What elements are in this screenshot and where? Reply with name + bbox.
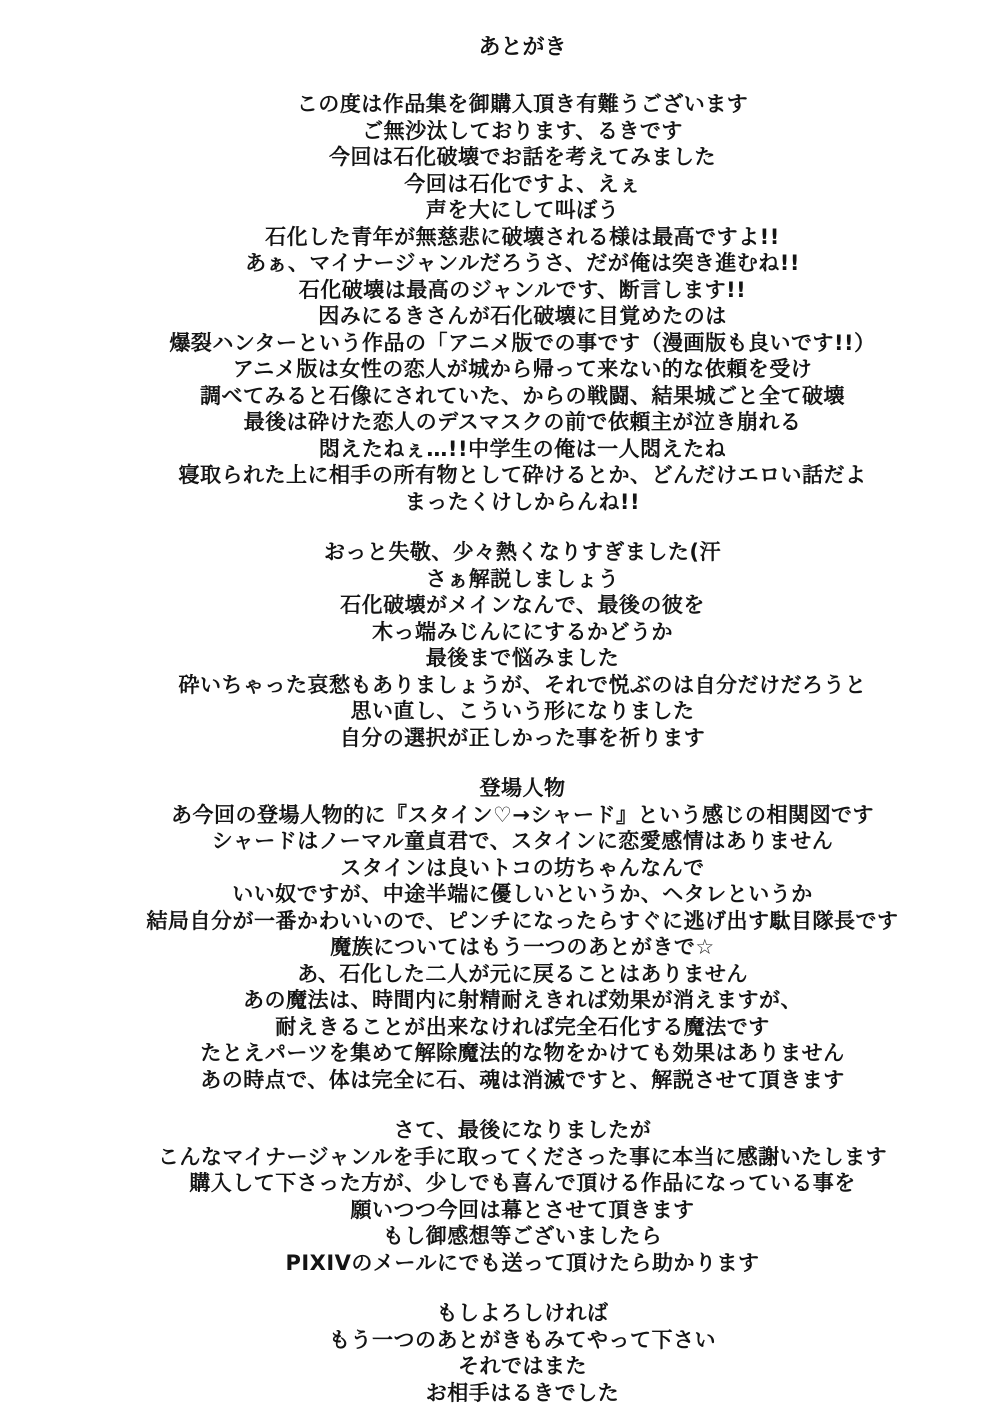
text-line: 耐えきることが出来なければ完全石化する魔法です xyxy=(45,1014,1000,1041)
paragraph-thanks: さて、最後になりましたが こんなマイナージャンルを手に取ってくださった事に本当に… xyxy=(45,1117,1000,1276)
text-line: 声を大にして叫ぼう xyxy=(45,197,1000,224)
text-line: 最後は砕けた恋人のデスマスクの前で依頼主が泣き崩れる xyxy=(45,409,1000,436)
text-line: あぁ、マイナージャンルだろうさ、だが俺は突き進むね!! xyxy=(45,250,1000,277)
text-line: 思い直し、こういう形になりました xyxy=(45,698,1000,725)
text-line: 砕いちゃった哀愁もありましょうが、それで悦ぶのは自分だけだろうと xyxy=(45,672,1000,699)
text-line: 結局自分が一番かわいいので、ピンチになったらすぐに逃げ出す駄目隊長です xyxy=(45,908,1000,935)
text-line: あ、石化した二人が元に戻ることはありません xyxy=(45,961,1000,988)
text-line: 今回は石化破壊でお話を考えてみました xyxy=(45,144,1000,171)
paragraph-closing: もしよろしければ もう一つのあとがきもみてやって下さい それではまた お相手はる… xyxy=(45,1300,1000,1406)
afterword-page: あとがき この度は作品集を御購入頂き有難うございます ご無沙汰しております、るき… xyxy=(0,0,1000,1426)
text-line: この度は作品集を御購入頂き有難うございます xyxy=(45,91,1000,118)
text-line: シャードはノーマル童貞君で、スタインに恋愛感情はありません xyxy=(45,828,1000,855)
text-line: あの時点で、体は完全に石、魂は消滅ですと、解説させて頂きます xyxy=(45,1067,1000,1094)
text-line: 石化した青年が無慈悲に破壊される様は最高ですよ!! xyxy=(45,224,1000,251)
text-line: こんなマイナージャンルを手に取ってくださった事に本当に感謝いたします xyxy=(45,1144,1000,1171)
text-line: 今回は石化ですよ、えぇ xyxy=(45,171,1000,198)
text-line: もし御感想等ございましたら xyxy=(45,1223,1000,1250)
text-line: 石化破壊がメインなんで、最後の彼を xyxy=(45,592,1000,619)
text-line: さぁ解説しましょう xyxy=(45,566,1000,593)
text-line: アニメ版は女性の恋人が城から帰って来ない的な依頼を受け xyxy=(45,356,1000,383)
text-line: おっと失敬、少々熱くなりすぎました(汗 xyxy=(45,539,1000,566)
text-line: 石化破壊は最高のジャンルです、断言します!! xyxy=(45,277,1000,304)
text-line: 最後まで悩みました xyxy=(45,645,1000,672)
text-line: それではまた xyxy=(45,1353,1000,1380)
text-line: 木っ端みじんににするかどうか xyxy=(45,619,1000,646)
text-line: 調べてみると石像にされていた、からの戦闘、結果城ごと全て破壊 xyxy=(45,383,1000,410)
text-line: スタインは良いトコの坊ちゃんなんで xyxy=(45,855,1000,882)
text-line: もしよろしければ xyxy=(45,1300,1000,1327)
text-line: まったくけしからんね!! xyxy=(45,489,1000,516)
text-line: いい奴ですが、中途半端に優しいというか、ヘタレというか xyxy=(45,881,1000,908)
text-line: あの魔法は、時間内に射精耐えきれば効果が消えますが、 xyxy=(45,987,1000,1014)
text-line: さて、最後になりましたが xyxy=(45,1117,1000,1144)
text-line: 魔族についてはもう一つのあとがきで☆ xyxy=(45,934,1000,961)
text-line: お相手はるきでした xyxy=(45,1380,1000,1407)
paragraph-commentary: おっと失敬、少々熱くなりすぎました(汗 さぁ解説しましょう 石化破壊がメインなん… xyxy=(45,539,1000,751)
text-line: 因みにるきさんが石化破壊に目覚めたのは xyxy=(45,303,1000,330)
text-line: 自分の選択が正しかった事を祈ります xyxy=(45,725,1000,752)
text-line: 願いつつ今回は幕とさせて頂きます xyxy=(45,1197,1000,1224)
paragraph-characters: 登場人物 あ今回の登場人物的に『スタイン♡→シャード』という感じの相関図です シ… xyxy=(45,775,1000,1093)
text-line: たとえパーツを集めて解除魔法的な物をかけても効果はありません xyxy=(45,1040,1000,1067)
paragraph-intro: この度は作品集を御購入頂き有難うございます ご無沙汰しております、るきです 今回… xyxy=(45,91,1000,515)
text-line: 購入して下さった方が、少しでも喜んで頂ける作品になっている事を xyxy=(45,1170,1000,1197)
text-line: ご無沙汰しております、るきです xyxy=(45,118,1000,145)
text-line: 爆裂ハンターという作品の「アニメ版での事です（漫画版も良いです!!） xyxy=(45,330,1000,357)
section-heading: 登場人物 xyxy=(45,775,1000,802)
text-line: PIXIVのメールにでも送って頂けたら助かります xyxy=(45,1250,1000,1277)
text-line: 悶えたねぇ…!!中学生の俺は一人悶えたね xyxy=(45,436,1000,463)
text-line: 寝取られた上に相手の所有物として砕けるとか、どんだけエロい話だよ xyxy=(45,462,1000,489)
text-line: もう一つのあとがきもみてやって下さい xyxy=(45,1327,1000,1354)
text-line: あ今回の登場人物的に『スタイン♡→シャード』という感じの相関図です xyxy=(45,802,1000,829)
page-title: あとがき xyxy=(45,34,1000,61)
